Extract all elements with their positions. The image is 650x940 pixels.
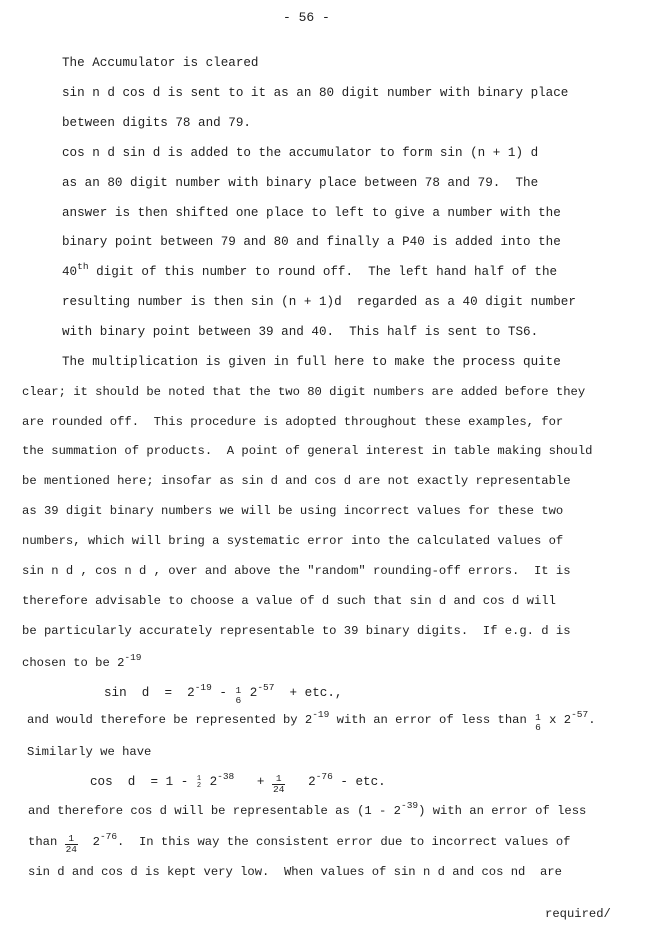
text: cos d = 1 - bbox=[90, 775, 196, 789]
text: 2 bbox=[78, 835, 100, 849]
superscript: -39 bbox=[401, 800, 418, 811]
superscript: -76 bbox=[316, 771, 333, 782]
text-line: as an 80 digit number with binary place … bbox=[62, 175, 538, 191]
text-line: numbers, which will bring a systematic e… bbox=[22, 533, 563, 549]
text: x 2 bbox=[542, 713, 571, 727]
text: . bbox=[588, 713, 595, 727]
superscript: -19 bbox=[195, 682, 212, 693]
superscript: th bbox=[77, 261, 88, 272]
superscript: -19 bbox=[312, 709, 329, 720]
text-line: be mentioned here; insofar as sin d and … bbox=[22, 473, 571, 489]
text-line: clear; it should be noted that the two 8… bbox=[22, 384, 585, 400]
text-line: cos n d sin d is added to the accumulato… bbox=[62, 145, 538, 161]
text: 2 bbox=[242, 686, 257, 700]
text: + bbox=[234, 775, 272, 789]
text-line: between digits 78 and 79. bbox=[62, 115, 251, 131]
superscript: -57 bbox=[571, 709, 588, 720]
superscript: -57 bbox=[257, 682, 274, 693]
text-line: The Accumulator is cleared bbox=[62, 55, 259, 71]
superscript: -19 bbox=[124, 652, 141, 663]
text: - bbox=[212, 686, 235, 700]
text: with an error of less than bbox=[329, 713, 534, 727]
text-line: therefore advisable to choose a value of… bbox=[22, 593, 556, 609]
text: 2 bbox=[202, 775, 217, 789]
text: . In this way the consistent error due t… bbox=[117, 835, 570, 849]
text: ) with an error of less bbox=[418, 804, 586, 818]
superscript: -38 bbox=[217, 771, 234, 782]
text-line: are rounded off. This procedure is adopt… bbox=[22, 414, 563, 430]
text-line: sin d and cos d is kept very low. When v… bbox=[28, 864, 562, 880]
text: and therefore cos d will be representabl… bbox=[28, 804, 401, 818]
fraction: 124 bbox=[65, 834, 78, 855]
page-number: - 56 - bbox=[283, 10, 330, 26]
text-line: answer is then shifted one place to left… bbox=[62, 205, 561, 221]
fraction: 124 bbox=[272, 774, 285, 795]
text-line: 40th digit of this number to round off. … bbox=[62, 264, 557, 280]
text-line: be particularly accurately representable… bbox=[22, 623, 571, 639]
equation-cos-d: cos d = 1 - 12 2-38 + 124 2-76 - etc. bbox=[90, 774, 386, 795]
text-line: than 124 2-76. In this way the consisten… bbox=[28, 834, 571, 855]
text-line: resulting number is then sin (n + 1)d re… bbox=[62, 294, 576, 310]
text: chosen to be 2 bbox=[22, 656, 124, 670]
text-line: sin n d , cos n d , over and above the "… bbox=[22, 563, 571, 579]
text: than bbox=[28, 835, 65, 849]
text-line: The multiplication is given in full here… bbox=[62, 354, 561, 370]
text: - etc. bbox=[333, 775, 386, 789]
text: and would therefore be represented by 2 bbox=[27, 713, 312, 727]
equation-sin-d: sin d = 2-19 - 16 2-57 + etc., bbox=[104, 685, 342, 706]
superscript: -76 bbox=[100, 831, 117, 842]
text-line: sin n d cos d is sent to it as an 80 dig… bbox=[62, 85, 568, 101]
text-line: as 39 digit binary numbers we will be us… bbox=[22, 503, 563, 519]
text-line: binary point between 79 and 80 and final… bbox=[62, 234, 561, 250]
text: sin d = 2 bbox=[104, 686, 195, 700]
text-line: and would therefore be represented by 2-… bbox=[27, 712, 596, 733]
text-line: the summation of products. A point of ge… bbox=[22, 443, 592, 459]
text: + etc., bbox=[274, 686, 342, 700]
text-line: and therefore cos d will be representabl… bbox=[28, 803, 586, 819]
text: 40 bbox=[62, 265, 77, 279]
catchword: required/ bbox=[545, 906, 611, 922]
text-line: with binary point between 39 and 40. Thi… bbox=[62, 324, 538, 340]
text-line: chosen to be 2-19 bbox=[22, 655, 142, 671]
text-line: Similarly we have bbox=[27, 744, 151, 760]
text: 2 bbox=[285, 775, 315, 789]
text: digit of this number to round off. The l… bbox=[89, 265, 558, 279]
fraction: 16 bbox=[534, 713, 542, 733]
